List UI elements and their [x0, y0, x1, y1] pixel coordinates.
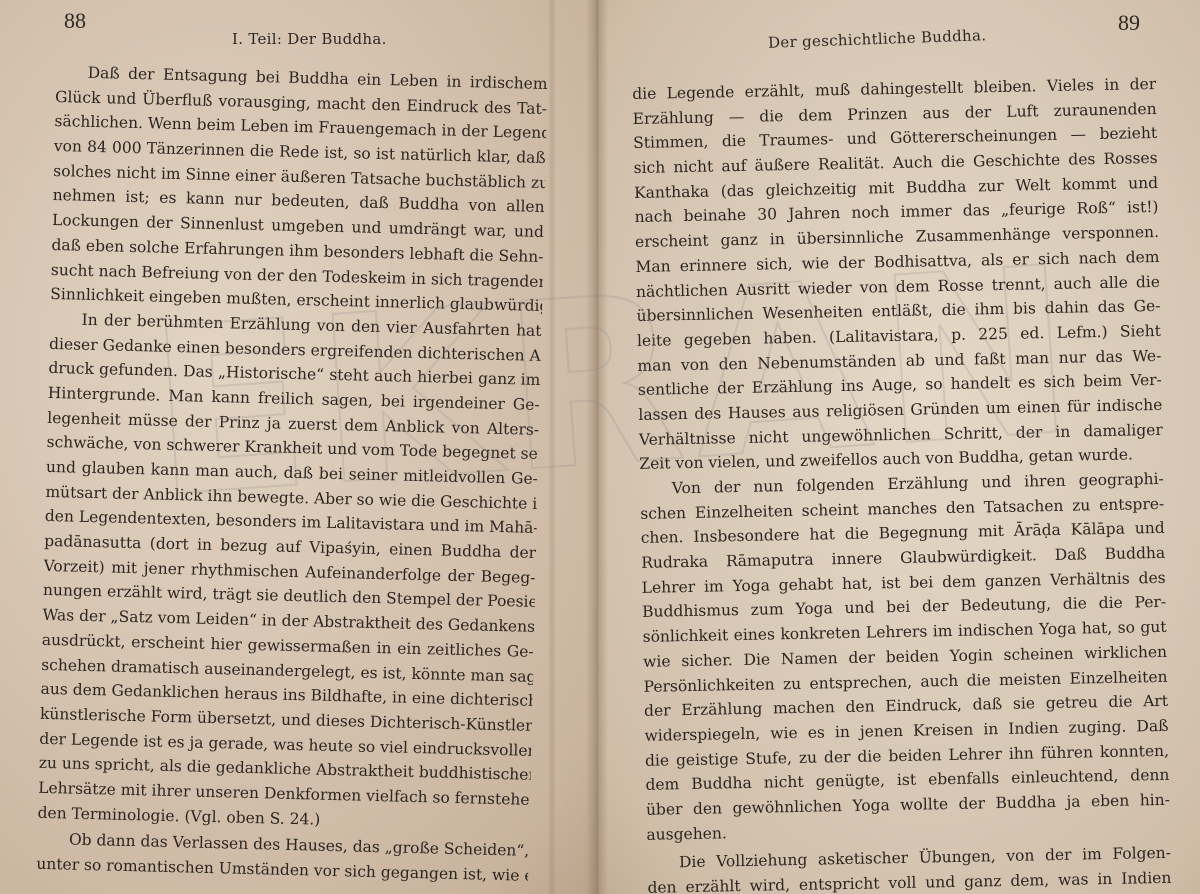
page-number-left: 88 [64, 8, 86, 34]
left-page-body: Daß der Entsagung bei Buddha ein Leben i… [36, 60, 548, 888]
book-spread: 88 I. Teil: Der Buddha. Daß der Entsagun… [0, 0, 1200, 894]
right-page-body: die Legende erzählt, muß dahingestellt b… [632, 72, 1172, 894]
running-head-right: Der geschichtliche Buddha. [768, 26, 987, 52]
page-number-right: 89 [1118, 10, 1140, 36]
page-edge [548, 0, 556, 894]
running-head-left: I. Teil: Der Buddha. [232, 30, 387, 48]
right-page: 89 Der geschichtliche Buddha. die Legend… [596, 0, 1200, 894]
left-page: 88 I. Teil: Der Buddha. Daß der Entsagun… [0, 0, 596, 894]
